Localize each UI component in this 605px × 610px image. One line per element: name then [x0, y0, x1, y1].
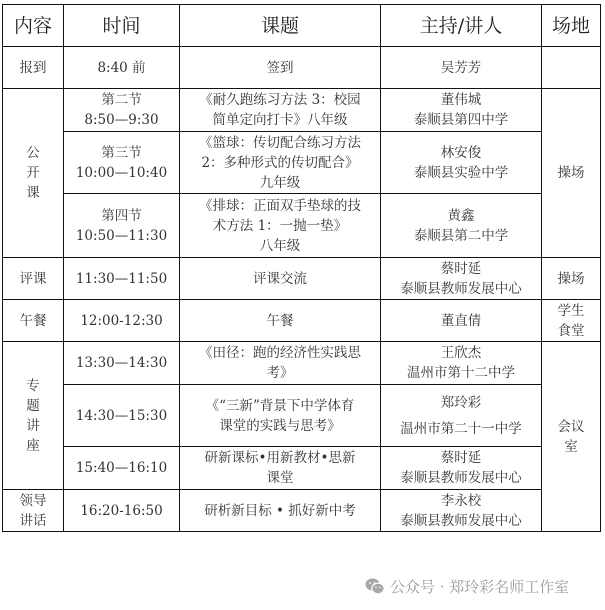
topic-line: 2：多种形式的传切配合》	[182, 153, 378, 173]
header-content: 内容	[3, 5, 64, 47]
host-name: 董伟城	[383, 90, 539, 110]
category-char: 题	[5, 396, 61, 416]
topic-line: 《“三新”背景下中学体育	[182, 396, 378, 416]
host-name: 林安俊	[383, 143, 539, 163]
time-cell: 11:30—11:50	[64, 258, 180, 300]
topic-cell: 研析新目标 • 抓好新中考	[180, 490, 381, 532]
header-host: 主持/讲人	[381, 5, 542, 47]
host-school: 泰顺县教师发展中心	[383, 279, 539, 299]
topic-line: 课堂	[182, 468, 378, 488]
topic-line: 课堂的实践与思考》	[182, 416, 378, 436]
topic-line: 术方法 1：一抛一垫》	[182, 216, 378, 236]
time-cell: 14:30—15:30	[64, 385, 180, 447]
watermark-text: 公众号 · 郑玲彩名师工作室	[390, 576, 569, 597]
table-row: 第四节 10:50—11:30 《排球：正面双手垫球的技 术方法 1：一抛一垫》…	[3, 194, 601, 258]
period-label: 第四节	[66, 206, 177, 226]
category-char: 讲	[5, 416, 61, 436]
category-cell: 午餐	[3, 300, 64, 342]
venue-line: 会议	[544, 417, 598, 437]
category-cell: 公 开 课	[3, 89, 64, 258]
category-line: 领导	[5, 491, 61, 511]
topic-line: 考》	[182, 363, 378, 383]
host-cell: 黄鑫 泰顺县第二中学	[381, 194, 542, 258]
category-cell: 评课	[3, 258, 64, 300]
topic-cell: 午餐	[180, 300, 381, 342]
host-cell: 吴芳芳	[381, 47, 542, 89]
topic-cell: 《篮球：传切配合练习方法 2：多种形式的传切配合》 九年级	[180, 132, 381, 194]
time-label: 10:50—11:30	[66, 226, 177, 246]
header-topic: 课题	[180, 5, 381, 47]
host-name: 李永校	[383, 491, 539, 511]
table-row: 领导 讲话 16:20-16:50 研析新目标 • 抓好新中考 李永校 泰顺县教…	[3, 490, 601, 532]
category-char: 专	[5, 376, 61, 396]
host-cell: 王欣杰 温州市第十二中学	[381, 342, 542, 385]
wechat-icon	[365, 578, 385, 595]
time-cell: 8:40 前	[64, 47, 180, 89]
category-cell: 报到	[3, 47, 64, 89]
table-row: 公 开 课 第二节 8:50—9:30 《耐久跑练习方法 3：校园 简单定向打卡…	[3, 89, 601, 132]
venue-cell	[542, 47, 601, 89]
time-cell: 第三节 10:00—10:40	[64, 132, 180, 194]
table-row: 15:40—16:10 研新课标•用新教材•思新 课堂 蔡时延 泰顺县教师发展中…	[3, 447, 601, 490]
venue-cell: 操场	[542, 89, 601, 258]
category-char: 开	[5, 163, 61, 183]
header-row: 内容 时间 课题 主持/讲人 场地	[3, 5, 601, 47]
topic-cell: 《排球：正面双手垫球的技 术方法 1：一抛一垫》 八年级	[180, 194, 381, 258]
time-cell: 15:40—16:10	[64, 447, 180, 490]
topic-line: 八年级	[182, 236, 378, 256]
schedule-table: 内容 时间 课题 主持/讲人 场地 报到 8:40 前 签到 吴芳芳 公 开 课…	[2, 4, 601, 532]
time-cell: 第四节 10:50—11:30	[64, 194, 180, 258]
topic-line: 《耐久跑练习方法 3：校园	[182, 90, 378, 110]
topic-cell: 《田径：跑的经济性实践思 考》	[180, 342, 381, 385]
table-row: 午餐 12:00-12:30 午餐 董直倩 学生 食堂	[3, 300, 601, 342]
host-school: 温州市第二十一中学	[383, 416, 539, 442]
table-row: 报到 8:40 前 签到 吴芳芳	[3, 47, 601, 89]
host-cell: 董伟城 泰顺县第四中学	[381, 89, 542, 132]
time-label: 8:50—9:30	[66, 110, 177, 130]
time-cell: 13:30—14:30	[64, 342, 180, 385]
time-label: 10:00—10:40	[66, 163, 177, 183]
host-name: 蔡时延	[383, 448, 539, 468]
topic-cell: 《“三新”背景下中学体育 课堂的实践与思考》	[180, 385, 381, 447]
topic-line: 《排球：正面双手垫球的技	[182, 196, 378, 216]
host-name: 黄鑫	[383, 206, 539, 226]
host-name: 蔡时延	[383, 259, 539, 279]
watermark: 公众号 · 郑玲彩名师工作室	[365, 576, 569, 597]
topic-line: 九年级	[182, 173, 378, 193]
host-name: 王欣杰	[383, 343, 539, 363]
venue-line: 学生	[544, 301, 598, 321]
time-cell: 12:00-12:30	[64, 300, 180, 342]
host-school: 泰顺县第四中学	[383, 110, 539, 130]
category-char: 公	[5, 143, 61, 163]
venue-line: 食堂	[544, 321, 598, 341]
host-school: 泰顺县实验中学	[383, 163, 539, 183]
topic-cell: 《耐久跑练习方法 3：校园 简单定向打卡》八年级	[180, 89, 381, 132]
topic-line: 《田径：跑的经济性实践思	[182, 343, 378, 363]
venue-line: 室	[544, 437, 598, 457]
venue-cell: 会议 室	[542, 342, 601, 532]
category-line: 讲话	[5, 511, 61, 531]
host-cell: 郑玲彩 温州市第二十一中学	[381, 385, 542, 447]
host-school: 泰顺县教师发展中心	[383, 468, 539, 488]
header-venue: 场地	[542, 5, 601, 47]
table-row: 14:30—15:30 《“三新”背景下中学体育 课堂的实践与思考》 郑玲彩 温…	[3, 385, 601, 447]
topic-cell: 研新课标•用新教材•思新 课堂	[180, 447, 381, 490]
topic-line: 研新课标•用新教材•思新	[182, 448, 378, 468]
host-school: 泰顺县第二中学	[383, 226, 539, 246]
host-cell: 蔡时延 泰顺县教师发展中心	[381, 447, 542, 490]
topic-line: 简单定向打卡》八年级	[182, 110, 378, 130]
host-school: 泰顺县教师发展中心	[383, 511, 539, 531]
category-char: 座	[5, 436, 61, 456]
topic-cell: 评课交流	[180, 258, 381, 300]
venue-cell: 学生 食堂	[542, 300, 601, 342]
category-char: 课	[5, 183, 61, 203]
host-cell: 蔡时延 泰顺县教师发展中心	[381, 258, 542, 300]
time-cell: 第二节 8:50—9:30	[64, 89, 180, 132]
topic-cell: 签到	[180, 47, 381, 89]
header-time: 时间	[64, 5, 180, 47]
time-cell: 16:20-16:50	[64, 490, 180, 532]
category-cell: 领导 讲话	[3, 490, 64, 532]
host-name: 郑玲彩	[383, 390, 539, 416]
category-cell: 专 题 讲 座	[3, 342, 64, 490]
table-row: 专 题 讲 座 13:30—14:30 《田径：跑的经济性实践思 考》 王欣杰 …	[3, 342, 601, 385]
table-row: 评课 11:30—11:50 评课交流 蔡时延 泰顺县教师发展中心 操场	[3, 258, 601, 300]
venue-cell: 操场	[542, 258, 601, 300]
table-row: 第三节 10:00—10:40 《篮球：传切配合练习方法 2：多种形式的传切配合…	[3, 132, 601, 194]
period-label: 第三节	[66, 143, 177, 163]
host-cell: 李永校 泰顺县教师发展中心	[381, 490, 542, 532]
host-cell: 林安俊 泰顺县实验中学	[381, 132, 542, 194]
host-cell: 董直倩	[381, 300, 542, 342]
period-label: 第二节	[66, 90, 177, 110]
host-school: 温州市第十二中学	[383, 363, 539, 383]
topic-line: 《篮球：传切配合练习方法	[182, 133, 378, 153]
